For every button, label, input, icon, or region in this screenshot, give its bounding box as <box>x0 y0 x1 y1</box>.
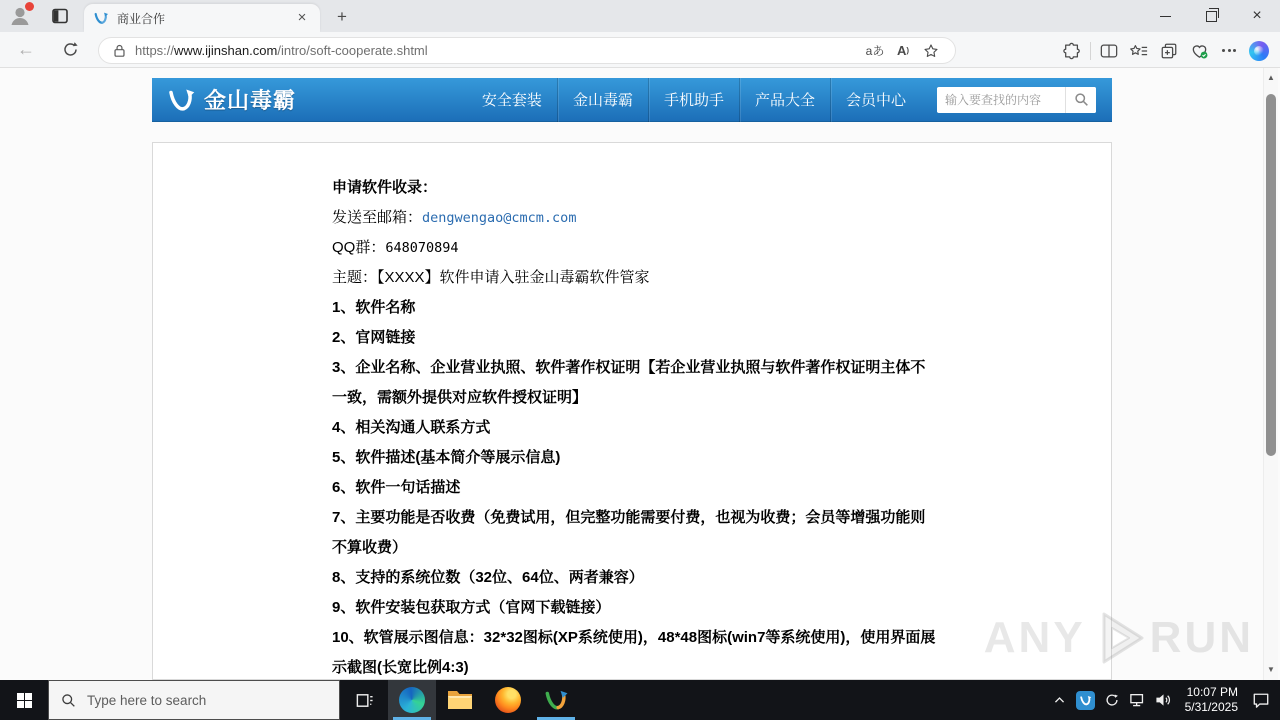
file-explorer-icon <box>447 689 473 711</box>
browser-toolbar: ← https://www.ijinshan.com/intro/soft-co… <box>0 32 1280 68</box>
system-tray: 10:07 PM 5/31/2025 <box>1047 680 1280 720</box>
profile-notification-badge <box>25 2 34 11</box>
content-text: 3、企业名称、企业营业执照、软件著作权证明【若企业营业执照与软件著作权证明主体不… <box>332 359 925 406</box>
window-restore-button[interactable] <box>1188 0 1234 32</box>
close-icon: × <box>1252 8 1261 24</box>
site-logo[interactable]: 金山毒霸 <box>166 84 296 115</box>
task-view-icon <box>355 691 374 710</box>
content-line: 10、软管展示图信息：32*32图标(XP系统使用)，48*48图标(win7等… <box>332 623 936 680</box>
minimize-icon <box>1160 16 1171 17</box>
content-line: 9、软件安装包获取方式（官网下载链接） <box>332 593 936 623</box>
content-line: 8、支持的系统位数（32位、64位、两者兼容） <box>332 563 936 593</box>
toolbar-divider <box>1090 42 1091 60</box>
edge-icon <box>399 687 425 713</box>
copilot-button[interactable] <box>1244 38 1274 64</box>
content-line: 3、企业名称、企业营业执照、软件著作权证明【若企业营业执照与软件著作权证明主体不… <box>332 353 936 413</box>
window-minimize-button[interactable] <box>1142 0 1188 32</box>
favorites-button[interactable] <box>1124 38 1154 64</box>
content-line: 4、相关沟通人联系方式 <box>332 413 936 443</box>
url-domain: www.ijinshan.com <box>174 43 277 58</box>
content-line: 5、软件描述(基本简介等展示信息) <box>332 443 936 473</box>
favorites-star-list-icon <box>1130 43 1148 59</box>
lock-icon <box>113 43 126 58</box>
content-line: 申请软件收录： <box>332 173 936 203</box>
search-icon <box>1074 92 1089 107</box>
content-lines: 申请软件收录：发送至邮箱：dengwengao@cmcm.comQQ群：6480… <box>332 173 1111 680</box>
clock-time: 10:07 PM <box>1187 685 1238 699</box>
browser-essentials-heart-icon <box>1190 42 1209 60</box>
window-controls: × <box>1142 0 1280 32</box>
browser-tab-strip: 商业合作 × + × <box>0 0 1280 32</box>
page-viewport: 金山毒霸 安全套装金山毒霸手机助手产品大全会员中心 申请软件收录：发送至邮箱：d… <box>0 68 1280 680</box>
scrollbar-down-icon[interactable]: ▼ <box>1264 663 1278 677</box>
tray-duba-button[interactable] <box>1073 680 1099 720</box>
split-screen-icon <box>1100 43 1118 59</box>
site-nav: 安全套装金山毒霸手机助手产品大全会员中心 <box>467 78 921 122</box>
content-text: 648070894 <box>385 240 458 256</box>
browser-tab[interactable]: 商业合作 × <box>84 4 320 32</box>
content-text: 10、软管展示图信息：32*32图标(XP系统使用)，48*48图标(win7等… <box>332 629 935 676</box>
content-text: 7、主要功能是否收费（免费试用，但完整功能需要付费，也视为收费；会员等增强功能则… <box>332 509 925 556</box>
nav-item[interactable]: 会员中心 <box>830 78 921 122</box>
workspaces-icon <box>50 6 70 26</box>
content-text: 2、官网链接 <box>332 329 415 346</box>
collections-icon <box>1160 42 1178 60</box>
content-line: 2、官网链接 <box>332 323 936 353</box>
start-button[interactable] <box>0 680 48 720</box>
content-panel: 申请软件收录：发送至邮箱：dengwengao@cmcm.comQQ群：6480… <box>152 142 1112 680</box>
tray-chevron-button[interactable] <box>1047 680 1073 720</box>
favorite-star-button[interactable] <box>917 40 945 62</box>
tab-title: 商业合作 <box>117 10 293 27</box>
reload-icon <box>62 41 79 58</box>
tab-close-icon[interactable]: × <box>293 9 311 27</box>
content-text: 发送至邮箱： <box>332 209 422 226</box>
content-line: 1、软件名称 <box>332 293 936 323</box>
content-text: QQ群： <box>332 239 385 256</box>
site-search-box <box>937 87 1096 113</box>
content-line: 7、主要功能是否收费（免费试用，但完整功能需要付费，也视为收费；会员等增强功能则… <box>332 503 936 563</box>
taskbar-app-edge[interactable] <box>388 680 436 720</box>
clock-date: 5/31/2025 <box>1185 700 1238 714</box>
address-bar[interactable]: https://www.ijinshan.com/intro/soft-coop… <box>98 37 956 64</box>
url-path: /intro/soft-cooperate.shtml <box>277 43 427 58</box>
content-text: 申请软件收录： <box>332 179 437 196</box>
duba-tray-icon <box>1076 691 1095 710</box>
firefox-icon <box>495 687 521 713</box>
content-line: 主题：【XXXX】软件申请入驻金山毒霸软件管家 <box>332 263 936 293</box>
site-favicon-icon <box>93 10 109 26</box>
tray-sync-button[interactable] <box>1099 680 1125 720</box>
content-line: QQ群：648070894 <box>332 233 936 263</box>
split-screen-button[interactable] <box>1094 38 1124 64</box>
browser-essentials-button[interactable] <box>1184 38 1214 64</box>
chevron-up-icon <box>1053 694 1066 707</box>
translate-button[interactable]: aあ <box>861 40 889 62</box>
taskbar-app-duba[interactable] <box>532 680 580 720</box>
action-center-button[interactable] <box>1248 680 1274 720</box>
duba-logo-icon <box>166 85 196 115</box>
task-view-button[interactable] <box>340 680 388 720</box>
new-tab-button[interactable]: + <box>332 7 352 27</box>
settings-more-button[interactable] <box>1214 38 1244 64</box>
watermark-text-right: RUN <box>1150 613 1254 663</box>
nav-item[interactable]: 安全套装 <box>467 78 557 122</box>
url-scheme: https:// <box>135 43 174 58</box>
browser-profile-button[interactable] <box>7 3 33 29</box>
sync-circle-icon <box>1104 692 1120 708</box>
taskbar-search-icon <box>61 693 76 708</box>
site-search-button[interactable] <box>1065 87 1096 113</box>
taskbar-search-input[interactable] <box>85 692 319 709</box>
action-center-icon <box>1252 692 1270 709</box>
content-text: 9、软件安装包获取方式（官网下载链接） <box>332 599 610 616</box>
content-text: 6、软件一句话描述 <box>332 479 460 496</box>
content-line: 发送至邮箱：dengwengao@cmcm.com <box>332 203 936 233</box>
taskbar: 10:07 PM 5/31/2025 <box>0 680 1280 720</box>
content-text: 8、支持的系统位数（32位、64位、两者兼容） <box>332 569 644 586</box>
tray-volume-button[interactable] <box>1151 680 1177 720</box>
extensions-button[interactable] <box>1057 38 1087 64</box>
tray-network-button[interactable] <box>1125 680 1151 720</box>
tab-actions-menu-button[interactable] <box>50 6 70 26</box>
speaker-icon <box>1155 692 1172 708</box>
nav-item[interactable]: 产品大全 <box>739 78 830 122</box>
taskbar-search-box[interactable] <box>48 680 340 720</box>
url-text[interactable]: https://www.ijinshan.com/intro/soft-coop… <box>135 43 861 58</box>
back-button[interactable]: ← <box>17 39 35 60</box>
taskbar-app-firefox[interactable] <box>484 680 532 720</box>
more-dots-icon <box>1222 49 1236 52</box>
email-link[interactable]: dengwengao@cmcm.com <box>422 210 576 226</box>
network-ethernet-icon <box>1129 692 1147 708</box>
window-close-button[interactable]: × <box>1234 0 1280 32</box>
taskbar-app-explorer[interactable] <box>436 680 484 720</box>
taskbar-clock[interactable]: 10:07 PM 5/31/2025 <box>1185 685 1238 715</box>
scrollbar-up-icon[interactable]: ▲ <box>1264 71 1278 85</box>
duba-app-icon <box>543 687 569 713</box>
site-logo-text: 金山毒霸 <box>204 84 296 115</box>
site-search-input[interactable] <box>937 88 1065 112</box>
content-text: 5、软件描述(基本简介等展示信息) <box>332 449 560 466</box>
extensions-puzzle-icon <box>1063 42 1081 60</box>
windows-logo-icon <box>16 692 33 709</box>
restore-icon <box>1206 11 1217 22</box>
site-header: 金山毒霸 安全套装金山毒霸手机助手产品大全会员中心 <box>152 78 1112 122</box>
content-text: 4、相关沟通人联系方式 <box>332 419 490 436</box>
star-icon <box>923 43 939 59</box>
scrollbar-thumb[interactable] <box>1266 94 1276 456</box>
page-scrollbar[interactable]: ▲ ▼ <box>1263 68 1278 680</box>
content-text: 1、软件名称 <box>332 299 415 316</box>
content-line: 6、软件一句话描述 <box>332 473 936 503</box>
collections-button[interactable] <box>1154 38 1184 64</box>
nav-item[interactable]: 金山毒霸 <box>557 78 648 122</box>
content-text: 主题：【XXXX】软件申请入驻金山毒霸软件管家 <box>332 269 650 286</box>
nav-item[interactable]: 手机助手 <box>648 78 739 122</box>
read-aloud-button[interactable]: A) <box>889 40 917 62</box>
reload-button[interactable] <box>62 41 79 58</box>
toolbar-icon-group <box>1057 37 1274 64</box>
copilot-icon <box>1249 41 1269 61</box>
